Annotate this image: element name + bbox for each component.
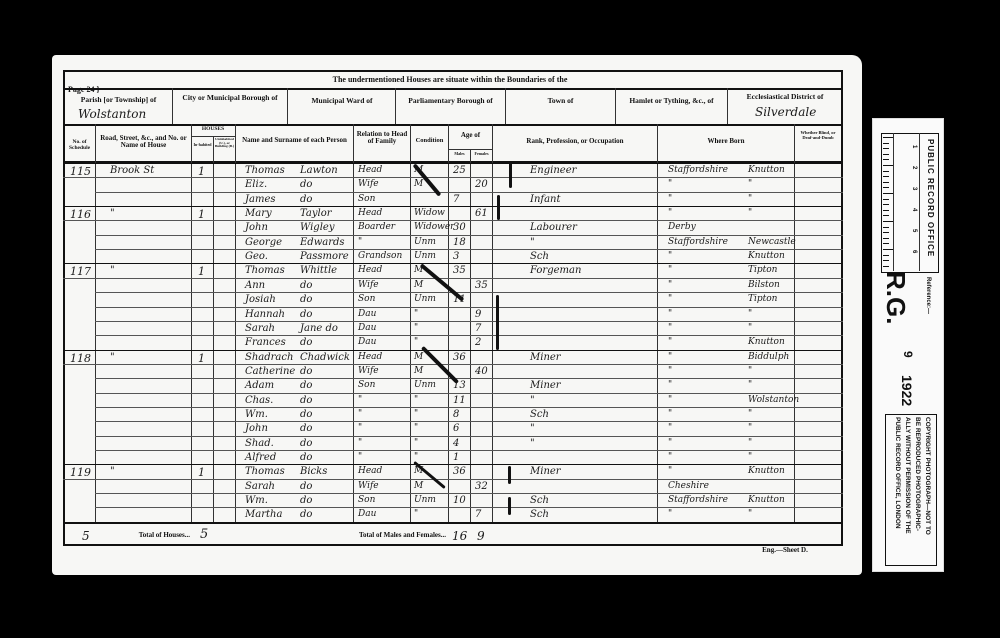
cell-born-county: " — [668, 324, 672, 333]
cell-relation: Grandson — [358, 252, 402, 261]
cell-first: Ann — [245, 281, 265, 291]
total-males: 16 — [452, 530, 467, 542]
cell-relation: Wife — [358, 180, 379, 189]
col-age: Age of — [449, 132, 492, 139]
scale-number: 2 — [911, 166, 917, 169]
col-houses: HOUSES — [192, 127, 234, 133]
cell-born-county: Staffordshire — [668, 238, 728, 247]
cell-surname: do — [300, 496, 312, 506]
cell-relation: Head — [358, 266, 382, 275]
row-rule — [95, 335, 843, 336]
cell-relation: Dau — [358, 510, 376, 519]
cell-surname: do — [300, 381, 312, 391]
cell-born-county: " — [668, 467, 672, 476]
cell-relation: " — [358, 238, 362, 247]
cell-surname: do — [300, 424, 312, 434]
cell-surname: Whittle — [300, 266, 337, 276]
col-blind: Whether Blind, or Deaf-and-Dumb — [796, 131, 840, 140]
cell-born-place: " — [748, 209, 752, 218]
row-rule — [95, 507, 843, 508]
cell-relation: Son — [358, 381, 375, 390]
cell-first: Hannah — [245, 310, 285, 320]
cell-condition: " — [414, 338, 418, 347]
cell-born-county: " — [668, 252, 672, 261]
municipal-ward-label: Municipal Ward of — [290, 97, 394, 105]
cell-surname: Wigley — [300, 223, 334, 233]
cell-born-county: " — [668, 195, 672, 204]
piece-prefix: 9 — [901, 351, 915, 358]
copyright-line: BE REPRODUCED PHOTOGRAPHIC- — [914, 417, 921, 531]
cell-relation: Head — [358, 209, 382, 218]
parish-label: Parish [or Township] of — [66, 96, 171, 104]
cell-born-county: Staffordshire — [668, 166, 728, 175]
cell-schedule: 118 — [70, 353, 91, 364]
col-occupation: Rank, Profession, or Occupation — [494, 138, 656, 145]
cell-condition: Unm — [414, 238, 436, 247]
col-relation: Relation to Head of Family — [355, 131, 409, 146]
cell-born-place: Biddulph — [748, 353, 789, 362]
cell-first: Shadrach — [245, 353, 293, 363]
cell-male-age: 18 — [453, 238, 466, 248]
cell-surname: Edwards — [300, 238, 345, 248]
cell-relation: Dau — [358, 310, 376, 319]
ecclesiastical-value: Silverdale — [755, 106, 816, 118]
cell-surname: do — [300, 180, 312, 190]
cell-road: " — [110, 353, 115, 363]
row-rule — [95, 450, 843, 451]
cell-female-age: 35 — [475, 281, 488, 291]
cell-relation: " — [358, 453, 362, 462]
cell-first: Mary — [245, 209, 272, 219]
cell-inhabited: 1 — [198, 353, 205, 364]
cell-relation: Head — [358, 467, 382, 476]
cell-condition: " — [414, 324, 418, 333]
cell-relation: " — [358, 410, 362, 419]
cell-relation: Head — [358, 353, 382, 362]
cell-condition: M — [414, 367, 423, 376]
cell-surname: do — [300, 281, 312, 291]
cell-born-county: " — [668, 367, 672, 376]
cell-female-age: 40 — [475, 367, 488, 377]
row-rule — [95, 421, 843, 422]
cell-relation: " — [358, 396, 362, 405]
cell-relation: Son — [358, 295, 375, 304]
row-rule — [63, 479, 843, 480]
cell-first: Geo. — [245, 252, 268, 262]
copyright-line: COPYRIGHT PHOTOGRAPH—NOT TO — [924, 417, 931, 535]
cell-male-age: 8 — [453, 410, 459, 420]
scale-number: 4 — [911, 208, 917, 211]
row-rule — [63, 364, 843, 365]
row-rule — [95, 249, 843, 250]
cell-occupation: Miner — [530, 381, 561, 391]
town-label: Town of — [507, 97, 614, 105]
reference-card: 123456 PUBLIC RECORD OFFICE R.G. Referen… — [872, 118, 944, 572]
cell-born-county: Derby — [668, 223, 696, 232]
cell-road: " — [110, 266, 115, 276]
cell-inhabited: 1 — [198, 266, 205, 277]
cell-born-place: Knutton — [748, 166, 785, 175]
row-rule — [95, 307, 843, 308]
cell-born-county: " — [668, 410, 672, 419]
cell-male-age: 36 — [453, 467, 466, 477]
cell-occupation: Sch — [530, 496, 549, 506]
cell-male-age: 25 — [453, 166, 466, 176]
col-females: Females — [471, 152, 492, 156]
cell-surname: Chadwick — [300, 353, 350, 363]
cell-relation: Boarder — [358, 223, 395, 232]
cell-male-age: 7 — [453, 195, 459, 205]
scale-number: 6 — [911, 250, 917, 253]
cell-born-county: " — [668, 510, 672, 519]
cell-first: Thomas — [245, 266, 285, 276]
row-rule — [95, 436, 843, 437]
cell-occupation: Sch — [530, 410, 549, 420]
cell-first: Wm. — [245, 410, 268, 420]
total-houses-value: 5 — [200, 528, 208, 541]
cell-first: Martha — [245, 510, 282, 520]
cell-surname: Lawton — [300, 166, 338, 176]
cell-male-age: 35 — [453, 266, 466, 276]
cell-born-place: " — [748, 324, 752, 333]
cell-occupation: Sch — [530, 510, 549, 520]
cell-surname: do — [300, 396, 312, 406]
hamlet-label: Hamlet or Tything, &c., of — [617, 97, 726, 105]
cell-occupation: Miner — [530, 353, 561, 363]
cell-inhabited: 1 — [198, 209, 205, 220]
cell-first: Thomas — [245, 166, 285, 176]
cell-condition: Widow — [414, 209, 445, 218]
cell-schedule: 117 — [70, 266, 91, 277]
cell-condition: M — [414, 353, 423, 362]
total-persons-label: Total of Males and Females... — [300, 532, 446, 539]
cell-born-county: " — [668, 338, 672, 347]
copyright-line: PUBLIC RECORD OFFICE, LONDON — [894, 417, 901, 529]
piece-number: 1922 — [899, 375, 915, 406]
cell-inhabited: 1 — [198, 467, 205, 478]
row-rule — [95, 321, 843, 322]
cell-first: Chas. — [245, 396, 273, 406]
col-road: Road, Street, &c., and No. or Name of Ho… — [97, 135, 190, 150]
cell-surname: do — [300, 195, 312, 205]
cell-relation: " — [358, 424, 362, 433]
cell-first: Shad. — [245, 439, 274, 449]
cell-born-county: " — [668, 453, 672, 462]
cell-male-age: 10 — [453, 496, 466, 506]
row-rule — [95, 192, 843, 193]
cell-surname: Passmore — [300, 252, 349, 262]
cell-relation: Wife — [358, 482, 379, 491]
cell-occupation: Forgeman — [530, 266, 581, 276]
cell-surname: do — [300, 510, 312, 520]
series-label: R.G. — [880, 271, 911, 324]
cell-condition: " — [414, 510, 418, 519]
city-label: City or Municipal Borough of — [175, 94, 285, 102]
col-where-born: Where Born — [659, 138, 793, 145]
cell-inhabited: 1 — [198, 166, 205, 177]
total-houses-label: Total of Houses... — [100, 532, 190, 539]
cell-schedule: 115 — [70, 166, 91, 177]
cell-surname: do — [300, 338, 312, 348]
cell-surname: do — [300, 310, 312, 320]
cell-female-age: 32 — [475, 482, 488, 492]
cell-first: Alfred — [245, 453, 276, 463]
cell-relation: Wife — [358, 367, 379, 376]
cell-born-county: " — [668, 310, 672, 319]
cell-born-county: " — [668, 396, 672, 405]
cell-born-place: " — [748, 195, 752, 204]
cell-first: Adam — [245, 381, 274, 391]
cell-first: Josiah — [245, 295, 276, 305]
cell-condition: M — [414, 180, 423, 189]
row-rule — [63, 177, 843, 178]
cell-condition: " — [414, 396, 418, 405]
row-rule — [95, 378, 843, 379]
cell-relation: Head — [358, 166, 382, 175]
cell-first: Sarah — [245, 482, 275, 492]
cell-first: George — [245, 238, 282, 248]
cell-born-place: " — [748, 439, 752, 448]
row-rule — [63, 278, 843, 279]
parliamentary-borough-label: Parliamentary Borough of — [397, 97, 504, 105]
cell-born-county: " — [668, 353, 672, 362]
scale-number: 1 — [911, 145, 917, 148]
cell-surname: do — [300, 453, 312, 463]
cell-first: Frances — [245, 338, 286, 348]
cell-first: Catherine — [245, 367, 295, 377]
col-males: Males — [449, 152, 470, 156]
cell-occupation: " — [530, 439, 535, 449]
cell-relation: Dau — [358, 324, 376, 333]
row-rule — [95, 292, 843, 293]
cell-condition: M — [414, 482, 423, 491]
cell-born-place: " — [748, 367, 752, 376]
row-rule — [95, 393, 843, 394]
cell-female-age: 20 — [475, 180, 488, 190]
cell-female-age: 9 — [475, 310, 481, 320]
cell-condition: Unm — [414, 496, 436, 505]
cell-condition: " — [414, 310, 418, 319]
cell-female-age: 7 — [475, 510, 481, 520]
col-uninhabited: Uninhabited (U.), or Building (B.) — [214, 138, 235, 149]
cell-relation: Dau — [358, 338, 376, 347]
cell-road: Brook St — [110, 166, 154, 176]
cell-first: Sarah — [245, 324, 275, 334]
cell-surname: do — [300, 410, 312, 420]
cell-born-county: " — [668, 381, 672, 390]
cell-born-place: Knutton — [748, 467, 785, 476]
cell-born-county: " — [668, 439, 672, 448]
cell-born-place: Tipton — [748, 266, 777, 275]
cell-born-county: Cheshire — [668, 482, 709, 491]
scale-number: 3 — [911, 187, 917, 190]
cell-born-place: " — [748, 424, 752, 433]
cell-first: John — [245, 424, 268, 434]
cell-male-age: 11 — [453, 396, 466, 406]
cell-condition: M — [414, 281, 423, 290]
cell-born-county: " — [668, 295, 672, 304]
cell-condition: " — [414, 424, 418, 433]
cell-surname: do — [300, 295, 312, 305]
cell-born-county: Staffordshire — [668, 496, 728, 505]
cell-surname: do — [300, 439, 312, 449]
cell-first: Wm. — [245, 496, 268, 506]
cell-condition: " — [414, 439, 418, 448]
cell-condition: Unm — [414, 295, 436, 304]
cell-relation: Son — [358, 195, 375, 204]
cell-occupation: Infant — [530, 195, 561, 205]
cell-road: " — [110, 467, 115, 477]
row-rule — [95, 407, 843, 408]
cell-female-age: 7 — [475, 324, 481, 334]
cell-female-age: 61 — [475, 209, 488, 219]
cell-relation: Wife — [358, 281, 379, 290]
cell-road: " — [110, 209, 115, 219]
cell-male-age: 6 — [453, 424, 459, 434]
cell-relation: Son — [358, 496, 375, 505]
cell-surname: Jane do — [300, 324, 338, 334]
total-schedules: 5 — [82, 530, 90, 542]
col-schedule: No. of Schedule — [64, 140, 95, 152]
cell-first: John — [245, 223, 268, 233]
cell-condition: " — [414, 410, 418, 419]
cell-born-place: Newcastle — [748, 238, 796, 247]
cell-schedule: 116 — [70, 209, 91, 220]
cell-relation: " — [358, 439, 362, 448]
cell-schedule: 119 — [70, 467, 91, 478]
row-rule — [95, 235, 843, 236]
cell-born-place: Knutton — [748, 338, 785, 347]
cell-born-county: " — [668, 266, 672, 275]
reference-label: Reference:— — [925, 277, 931, 314]
cell-first: Thomas — [245, 467, 285, 477]
cell-born-place: " — [748, 381, 752, 390]
cell-first: Eliz. — [245, 180, 267, 190]
cell-born-place: Knutton — [748, 496, 785, 505]
scale-number: 5 — [911, 229, 917, 232]
cell-surname: Taylor — [300, 209, 332, 219]
cell-occupation: " — [530, 424, 535, 434]
cell-occupation: Engineer — [530, 166, 576, 176]
cell-occupation: Miner — [530, 467, 561, 477]
cell-female-age: 2 — [475, 338, 481, 348]
cell-born-place: " — [748, 453, 752, 462]
cell-born-place: " — [748, 510, 752, 519]
cell-born-place: " — [748, 180, 752, 189]
cell-born-place: Wolstanton — [748, 396, 799, 405]
parish-value: Wolstanton — [78, 108, 146, 120]
cell-condition: Unm — [414, 381, 436, 390]
col-condition: Condition — [411, 138, 448, 145]
cell-born-county: " — [668, 281, 672, 290]
cell-male-age: 3 — [453, 252, 459, 262]
row-rule — [63, 220, 843, 221]
cell-first: James — [245, 195, 276, 205]
cell-born-county: " — [668, 209, 672, 218]
row-rule — [95, 493, 843, 494]
cell-male-age: 36 — [453, 353, 466, 363]
cell-male-age: 4 — [453, 439, 459, 449]
cell-born-place: Bilston — [748, 281, 780, 290]
cell-surname: do — [300, 482, 312, 492]
copyright-line: ALLY WITHOUT PERMISSION OF THE — [904, 417, 911, 534]
cell-born-place: Knutton — [748, 252, 785, 261]
cell-occupation: " — [530, 396, 535, 406]
col-name: Name and Surname of each Person — [238, 137, 351, 144]
total-females: 9 — [477, 530, 485, 542]
cell-condition: Widower — [414, 223, 454, 232]
cell-male-age: 30 — [453, 223, 466, 233]
cell-male-age: 1 — [453, 453, 459, 463]
ecclesiastical-label: Ecclesiastical District of — [729, 93, 841, 101]
office-label: PUBLIC RECORD OFFICE — [926, 139, 935, 257]
cell-born-county: " — [668, 180, 672, 189]
sheet-code: Eng.—Sheet D. — [745, 547, 825, 554]
cell-born-place: " — [748, 410, 752, 419]
col-inhabited: In-habited — [192, 143, 213, 147]
cell-condition: Unm — [414, 252, 436, 261]
cell-surname: do — [300, 367, 312, 377]
cell-born-county: " — [668, 424, 672, 433]
cell-born-place: " — [748, 310, 752, 319]
cell-occupation: Sch — [530, 252, 549, 262]
cell-occupation: Labourer — [530, 223, 577, 233]
cell-born-place: Tipton — [748, 295, 777, 304]
cell-occupation: " — [530, 238, 535, 248]
cell-surname: Bicks — [300, 467, 327, 477]
